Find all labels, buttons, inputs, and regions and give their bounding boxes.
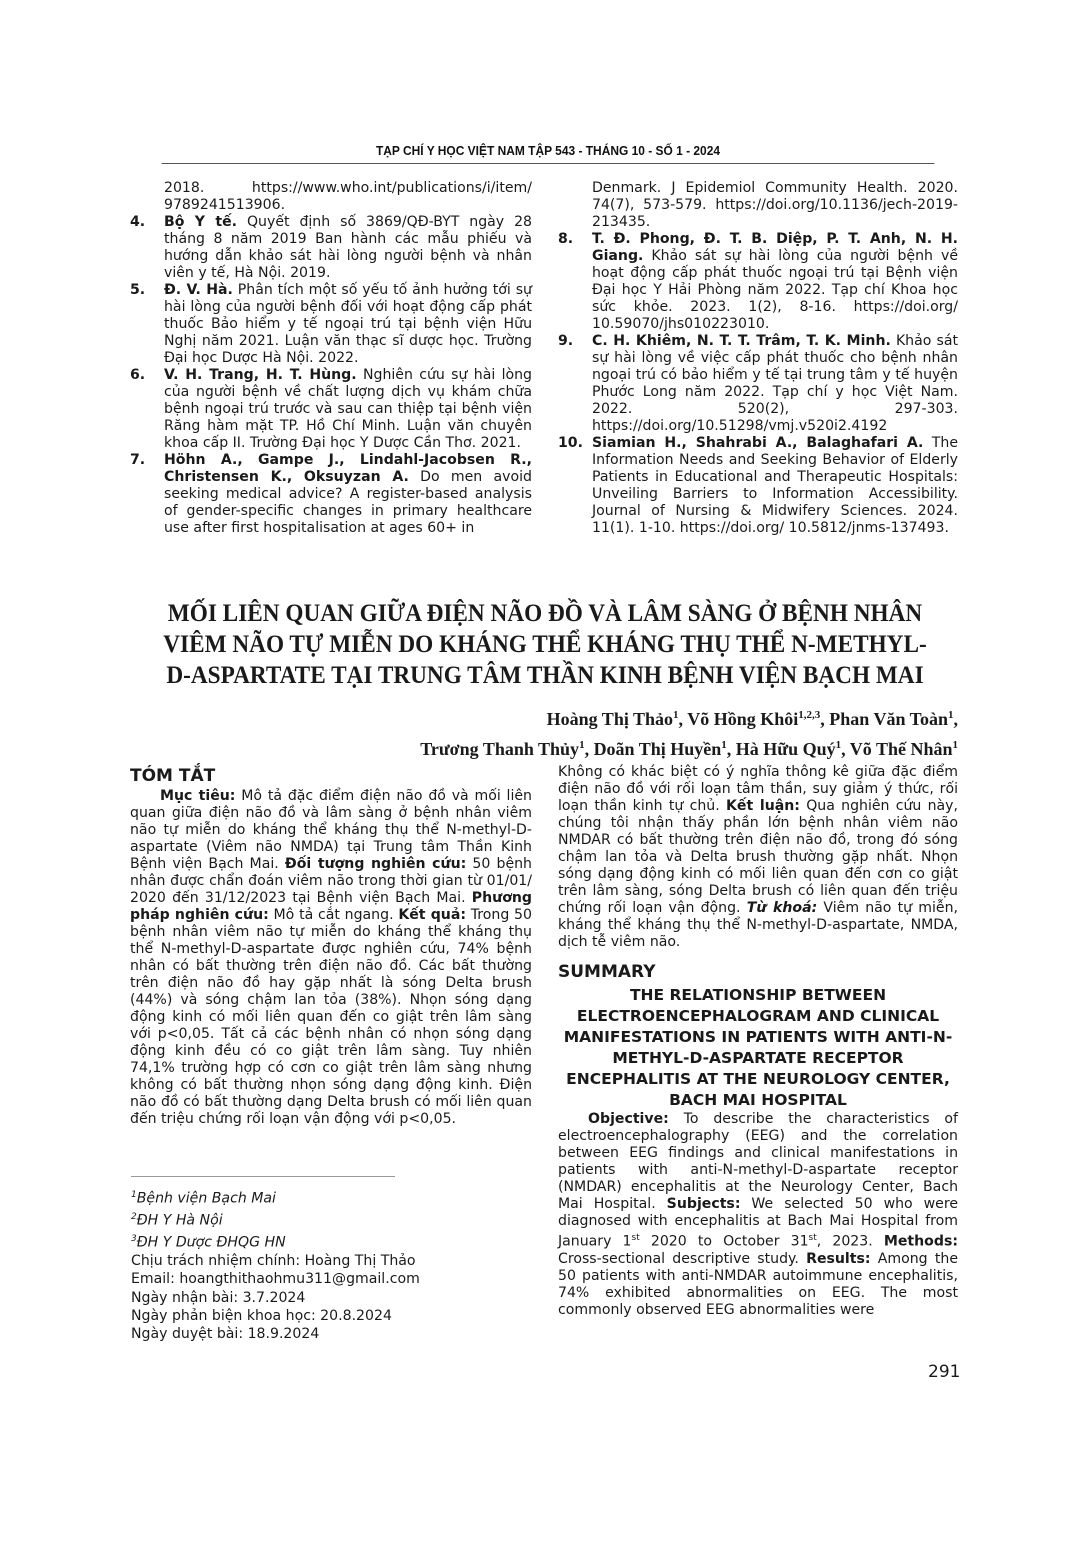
abstract-vietnamese: TÓM TẮT Mục tiêu: Mô tả đặc điểm điện nã… [130,766,532,1128]
author: Hà Hữu Quý [736,739,836,759]
summary-heading: SUMMARY [558,961,958,983]
reference-8: 8. T. Đ. Phong, Đ. T. B. Diệp, P. T. Anh… [558,231,958,333]
affiliation-1: 1Bệnh viện Bạch Mai [131,1186,533,1208]
abstract-heading: TÓM TẮT [130,766,532,786]
abstract-body: Mục tiêu: Mô tả đặc điểm điện não đồ và … [130,788,532,1128]
reference-9: 9. C. H. Khiêm, N. T. T. Trâm, T. K. Min… [558,333,958,435]
page-number: 291 [928,1362,960,1382]
article-title: MỐI LIÊN QUAN GIỮA ĐIỆN NÃO ĐỒ VÀ LÂM SÀ… [159,598,931,691]
author-list: Hoàng Thị Thảo1, Võ Hồng Khôi1,2,3, Phan… [198,702,958,762]
journal-header: TẠP CHÍ Y HỌC VIỆT NAM TẬP 543 - THÁNG 1… [162,140,935,164]
references-right-column: Denmark. J Epidemiol Community Health. 2… [558,180,958,537]
reference-10: 10. Siamian H., Shahrabi A., Balaghafari… [558,435,958,537]
references-left-column: 2018. https://www.who.int/publications/i… [130,180,532,537]
abstract-right-column: Không có khác biệt có ý nghĩa thông kê g… [558,764,958,1319]
footnotes: 1Bệnh viện Bạch Mai 2ĐH Y Hà Nội 3ĐH Y D… [131,1186,533,1343]
affiliation-3: 3ĐH Y Dược ĐHQG HN [131,1230,533,1252]
author: Võ Thế Nhân [850,739,953,759]
reference-4: 4. Bộ Y tế. Quyết định số 3869/QĐ-BYT ng… [130,214,532,282]
author: Trương Thanh Thủy [420,739,579,759]
author: Võ Hồng Khôi [687,709,798,729]
reference-7-continuation: Denmark. J Epidemiol Community Health. 2… [558,180,958,231]
reference-7: 7. Höhn A., Gampe J., Lindahl-Jacobsen R… [130,452,532,537]
received-date: Ngày nhận bài: 3.7.2024 [131,1289,533,1307]
author: Hoàng Thị Thảo [547,709,673,729]
reference-3-continuation: 2018. https://www.who.int/publications/i… [130,180,532,214]
reference-6: 6. V. H. Trang, H. T. Hùng. Nghiên cứu s… [130,367,532,452]
affiliation-2: 2ĐH Y Hà Nội [131,1208,533,1230]
footnote-divider [131,1176,395,1177]
reference-5: 5. Đ. V. Hà. Phân tích một số yếu tố ảnh… [130,282,532,367]
accepted-date: Ngày duyệt bài: 18.9.2024 [131,1325,533,1343]
summary-body: Objective: To describe the characteristi… [558,1111,958,1319]
summary-title: THE RELATIONSHIP BETWEEN ELECTROENCEPHAL… [558,985,958,1111]
author: Phan Văn Toàn [829,709,948,729]
corresponding-author: Chịu trách nhiệm chính: Hoàng Thị Thảo [131,1252,533,1270]
journal-header-text: TẠP CHÍ Y HỌC VIỆT NAM TẬP 543 - THÁNG 1… [376,140,720,158]
abstract-continuation: Không có khác biệt có ý nghĩa thông kê g… [558,764,958,951]
review-date: Ngày phản biện khoa học: 20.8.2024 [131,1307,533,1325]
author: Doãn Thị Huyền [594,739,722,759]
email: Email: hoangthithaohmu311@gmail.com [131,1270,533,1288]
